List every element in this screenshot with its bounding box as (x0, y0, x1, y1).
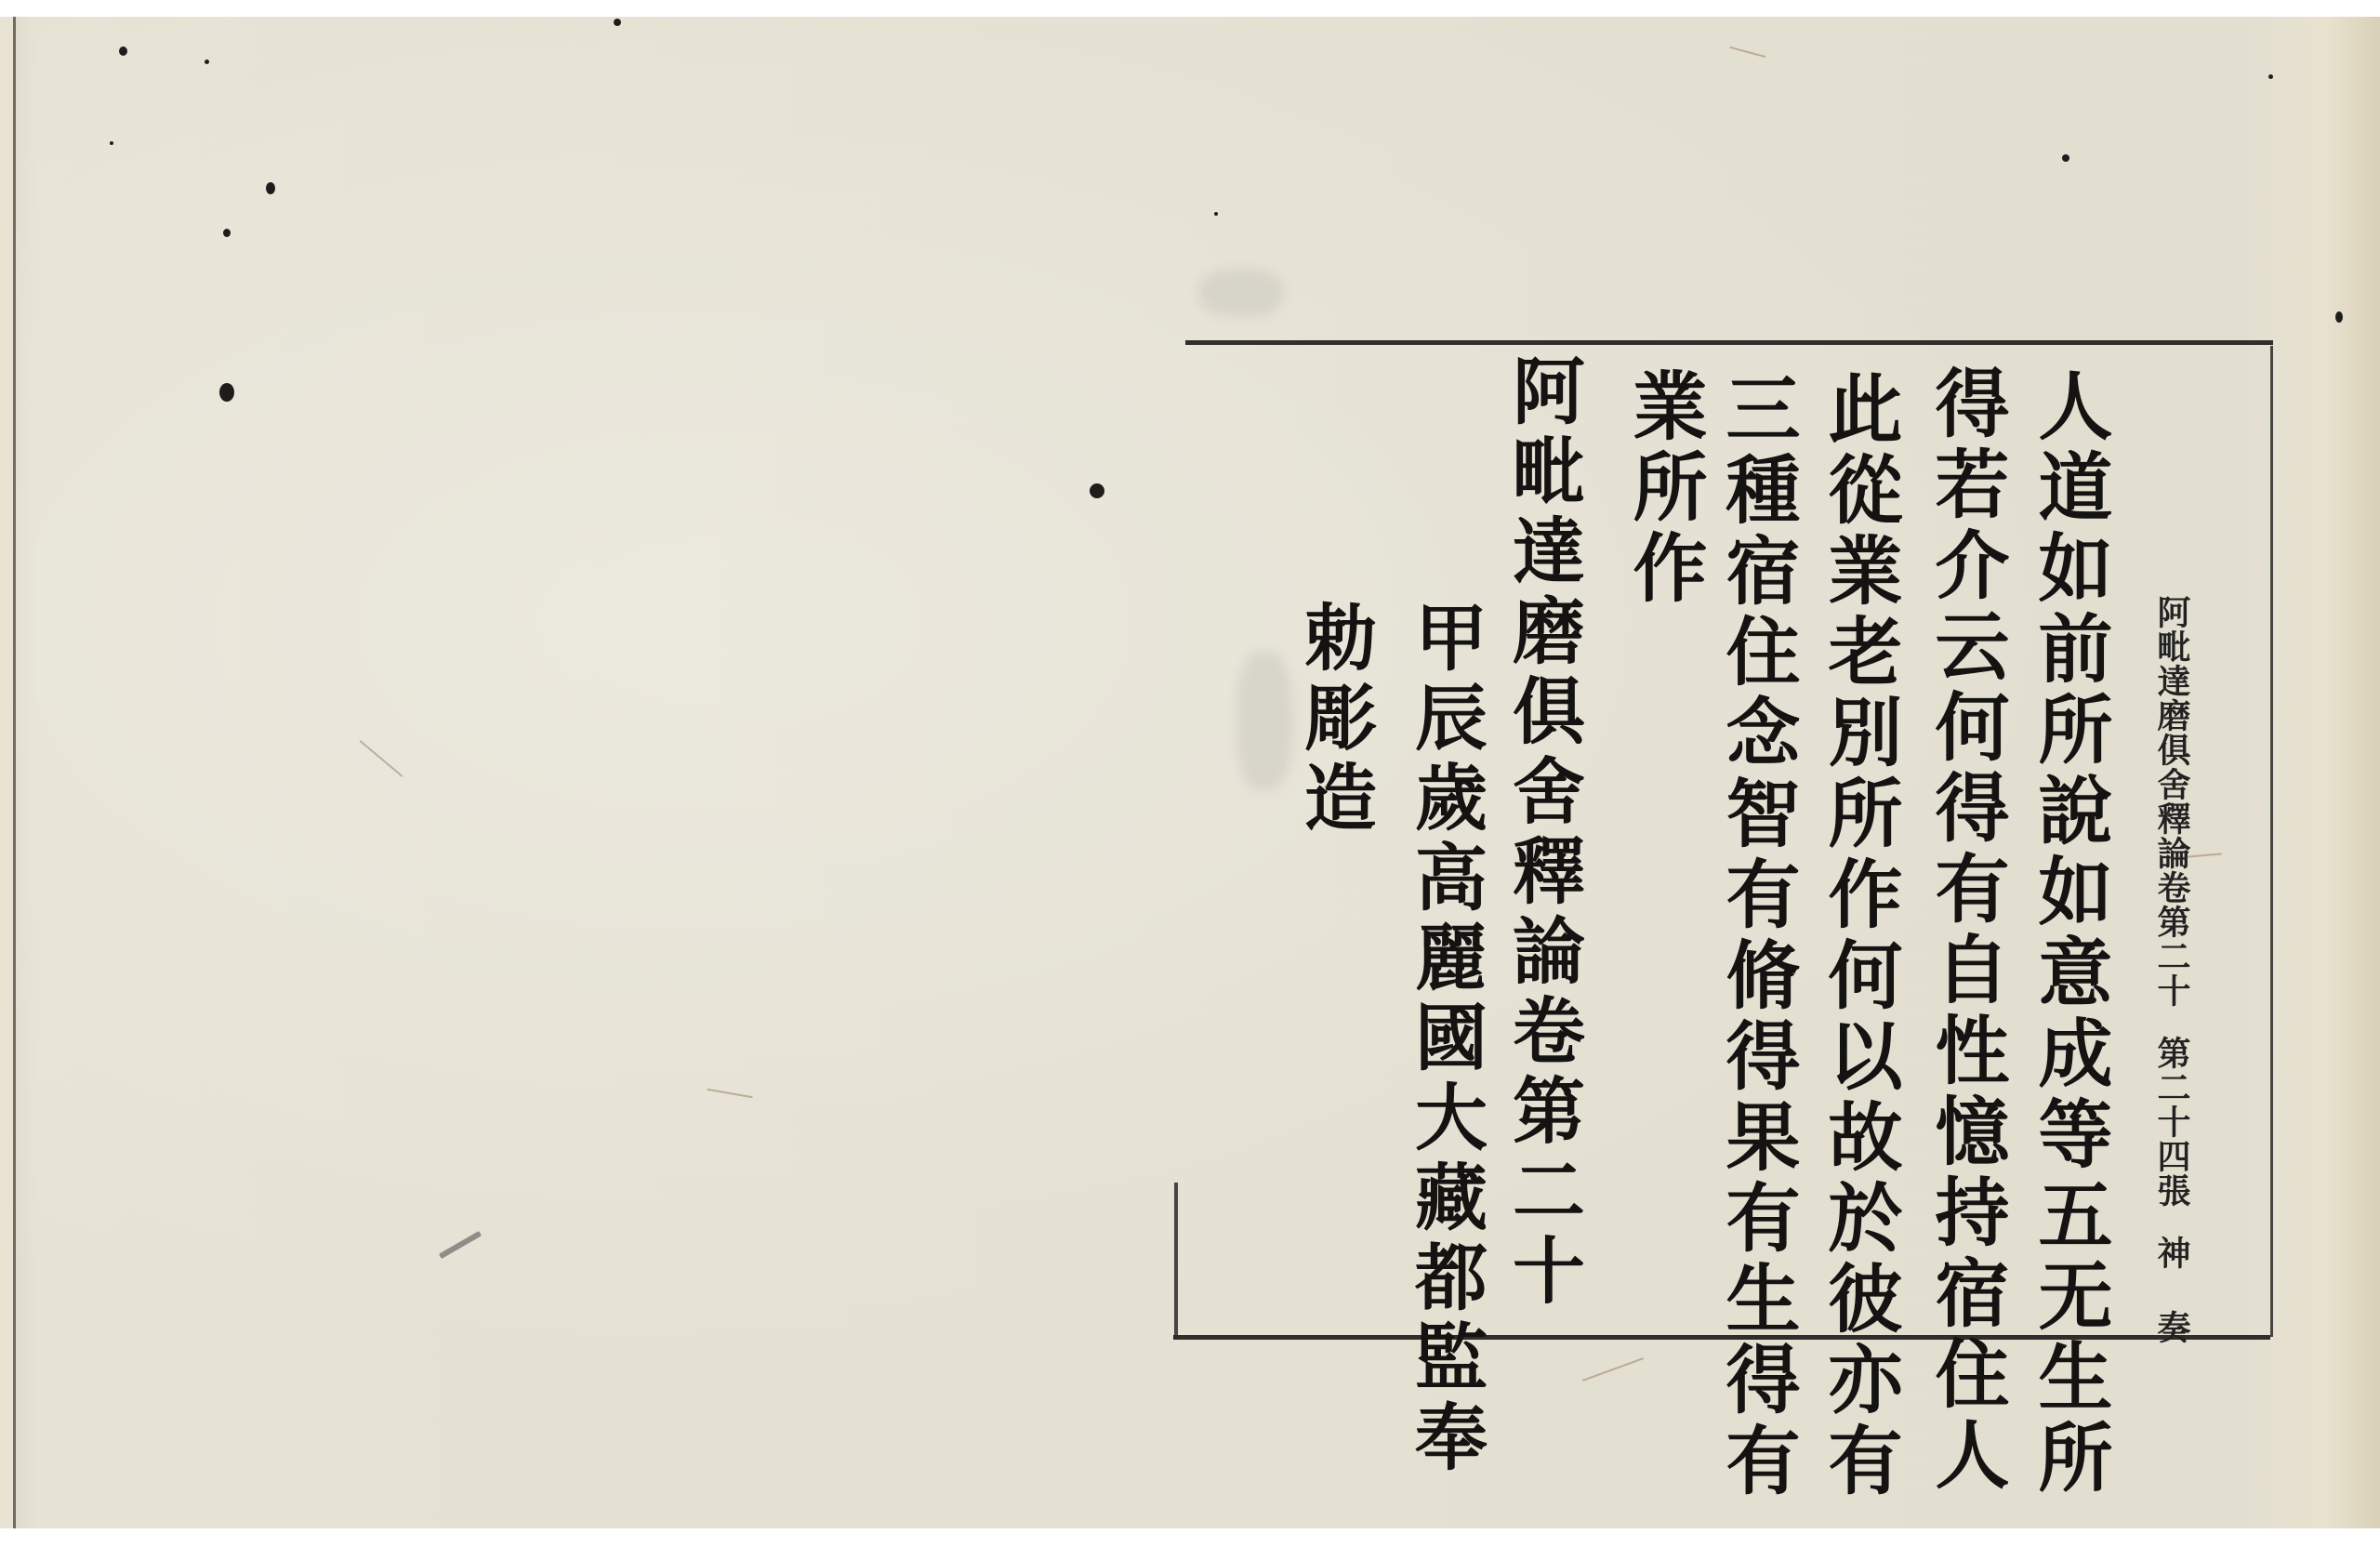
ink-speck (1214, 212, 1218, 216)
colophon-decree-line: 勅彫造 (1298, 600, 1370, 840)
frame-right-border (2270, 346, 2273, 1337)
ink-speck (1090, 483, 1104, 498)
ink-speck (2335, 311, 2343, 323)
previous-page-edge (0, 17, 13, 1528)
paper-page (0, 17, 2380, 1528)
ink-speck (614, 19, 621, 26)
ghost-ink-mark (1236, 651, 1292, 790)
ink-speck (2268, 74, 2273, 79)
ghost-ink-mark (1199, 270, 1283, 316)
margin-header: 阿毗達磨俱舍釋論卷第二十第二十四張神 奏 (2155, 595, 2188, 1344)
frame-left-stub (1174, 1183, 1178, 1339)
colophon-title: 阿毗達磨俱舍釋論卷第二十 (1506, 353, 1579, 1313)
colophon-date-line: 甲辰歲高麗國大藏都監奉 (1408, 600, 1481, 1479)
body-column-3: 此從業老別所作何以故於彼亦有 (1822, 370, 1897, 1502)
ink-speck (110, 141, 113, 145)
margin-header-page: 第二十四張 (2152, 1036, 2191, 1208)
body-column-5: 業所作 (1627, 367, 1701, 610)
ink-speck (2062, 154, 2069, 162)
ink-speck (119, 46, 127, 56)
margin-header-title: 阿毗達磨俱舍釋論卷第二十 (2152, 595, 2191, 1008)
body-column-4: 三種宿住念智有脩得果有生得有 (1720, 370, 1794, 1502)
ink-speck (270, 184, 273, 188)
page-fold-line (13, 17, 16, 1528)
body-column-2: 得若介云何得有自性憶持宿住人 (1929, 364, 2003, 1497)
frame-top-rule (1185, 340, 2273, 345)
margin-header-carver: 神 奏 (2152, 1236, 2191, 1344)
body-column-1: 人道如前所說如意成等五无生所 (2032, 367, 2107, 1500)
ink-speck (205, 59, 209, 64)
ink-speck (219, 383, 234, 402)
ink-speck (223, 229, 231, 237)
